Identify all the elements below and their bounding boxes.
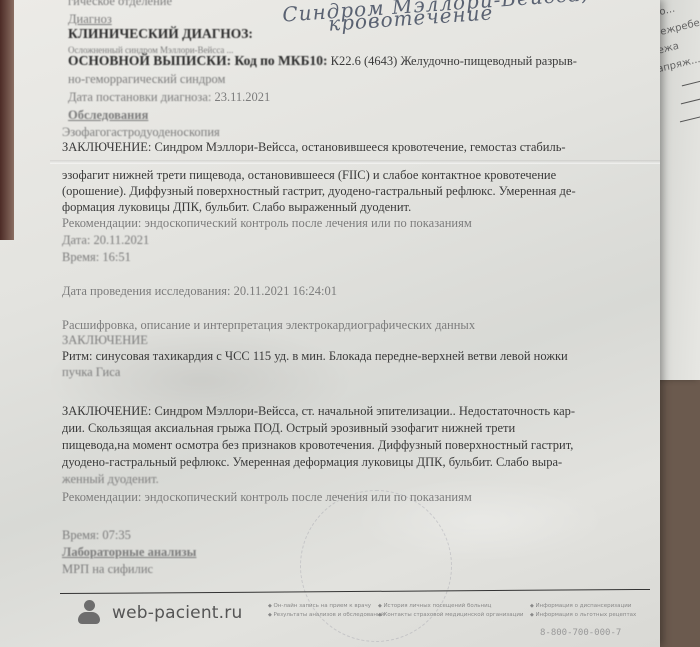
egds-date: Дата: 20.11.2021 <box>62 233 149 248</box>
ecg-conclusion-1: Ритм: синусовая тахикардия с ЧСС 115 уд.… <box>62 349 568 364</box>
egds-recommendation: Рекомендации: эндоскопический контроль п… <box>62 216 472 231</box>
footer-bullets-col1: Он-лайн запись на прием к врачу Результа… <box>268 602 384 620</box>
ecg-conclusion-heading: ЗАКЛЮЧЕНИЕ <box>62 333 148 348</box>
egds2-conclusion-1: ЗАКЛЮЧЕНИЕ: Синдром Мэллори-Вейсса, ст. … <box>62 404 575 419</box>
diagnosis-date-line: Дата постановки диагноза: 23.11.2021 <box>68 90 270 105</box>
blank-line <box>682 79 700 87</box>
clinical-diagnosis-label: КЛИНИЧЕСКИЙ ДИАГНОЗ: <box>68 26 253 41</box>
discharge-document: гическое отделение Диагноз КЛИНИЧЕСКИЙ Д… <box>0 0 660 647</box>
diagnosis-date-label: Дата постановки диагноза: <box>68 90 211 104</box>
egds-conclusion-1: ЗАКЛЮЧЕНИЕ: Синдром Мэллори-Вейсса, оста… <box>62 140 566 155</box>
paper-edge-shadow <box>0 0 14 240</box>
egds-conclusion-4: формация луковицы ДПК, бульбит. Слабо вы… <box>62 200 411 215</box>
footer-bullet: Результаты анализов и обследований <box>268 611 384 620</box>
diagnosis-heading: Диагноз <box>68 12 112 27</box>
paper-fold <box>50 160 660 164</box>
egds2-conclusion-3: пищевода,на момент осмотра без признаков… <box>62 438 573 453</box>
blank-line <box>680 115 700 123</box>
labs-item: МРП на сифилис <box>62 562 153 577</box>
footer-bullets-col2: История личных посещений больниц Контакт… <box>378 602 523 620</box>
person-icon <box>78 600 100 626</box>
footer-logo: web-pacient.ru <box>78 600 242 626</box>
site-name: web-pacient.ru <box>112 603 242 623</box>
footer-bullet: Он-лайн запись на прием к врачу <box>268 602 384 611</box>
diagnosis-date: 23.11.2021 <box>214 90 270 104</box>
footer-phone: 8-800-700-000-7 <box>540 628 621 638</box>
department-text-cut: гическое отделение <box>68 0 172 9</box>
footer-bullet: История личных посещений больниц <box>378 602 523 611</box>
blank-line <box>681 97 700 105</box>
ecg-conclusion-2: пучка Гиса <box>62 365 120 380</box>
egds-time: Время: 16:51 <box>62 250 131 265</box>
mkb-description: Желудочно-пищеводный разрыв- <box>400 54 576 68</box>
footer-bullets-col3: Информация о диспансеризации Информация … <box>530 602 636 620</box>
footer-bullet: Контакты страховой медицинской организац… <box>378 611 523 620</box>
egds-conclusion-3: (орошение). Диффузный поверхностный гаст… <box>62 184 576 199</box>
mkb-code: К22.6 (4643) <box>331 54 398 68</box>
egds-conclusion-2: эзофагит нижней трети пищевода, останови… <box>62 168 556 183</box>
egds2-conclusion-5: женный дуоденит. <box>62 472 159 487</box>
egds2-time: Время: 07:35 <box>62 528 131 543</box>
ecg-title: Расшифровка, описание и интерпретация эл… <box>62 318 475 333</box>
footer-bullet: Информация о льготных рецептах <box>530 611 636 620</box>
egds2-conclusion-2: дии. Скользящая аксиальная грыжа ПОД. Ос… <box>62 421 515 436</box>
mkb-description-cont: но-геморрагический синдром <box>68 72 225 87</box>
egds-title: Эзофагогастродуоденоскопия <box>62 125 220 140</box>
main-diagnosis-line: ОСНОВНОЙ ВЫПИСКИ: Код по МКБ10: К22.6 (4… <box>68 53 577 69</box>
labs-heading: Лабораторные анализы <box>62 545 196 560</box>
egds2-conclusion-4: дуодено-гастральный рефлюкс. Умеренная д… <box>62 455 562 470</box>
examinations-heading: Обследования <box>68 108 148 123</box>
main-diagnosis-label: ОСНОВНОЙ ВЫПИСКИ: Код по МКБ10: <box>68 53 328 68</box>
ecg-study-date: Дата проведения исследования: 20.11.2021… <box>62 284 337 299</box>
footer-bullet: Информация о диспансеризации <box>530 602 636 611</box>
